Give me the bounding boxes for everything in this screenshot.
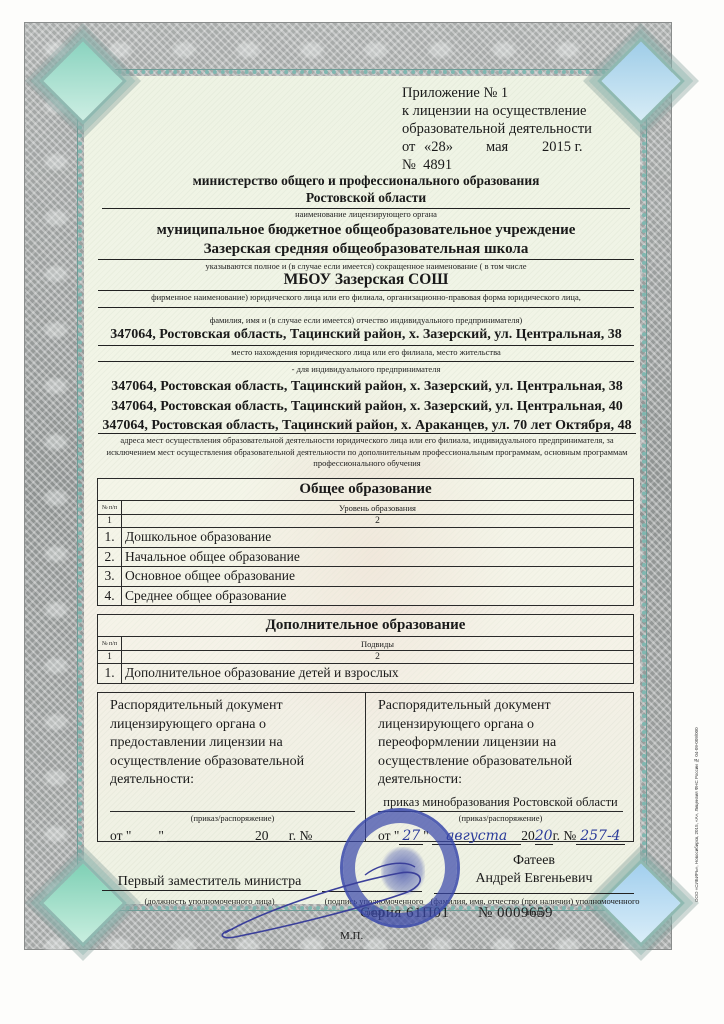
row-number: 3. — [98, 567, 122, 587]
education-level: Дошкольное образование — [122, 528, 634, 548]
row-number: 1. — [98, 664, 122, 684]
box-text: предоставлении лицензии на — [110, 734, 365, 753]
divider — [98, 433, 636, 434]
seal-place-label: М.П. — [340, 930, 363, 942]
column-index: 1 — [98, 651, 122, 664]
column-header: Подвиды — [122, 637, 634, 651]
appendix-date: от«28»мая2015 г. — [402, 138, 622, 156]
organization-full-name: муниципальное бюджетное общеобразователь… — [100, 222, 632, 239]
handwritten-order-number: 257-4 — [576, 828, 624, 845]
box-text: осуществление образовательной — [110, 753, 365, 772]
handwritten-day: 27 — [399, 828, 423, 845]
order-field — [110, 792, 355, 812]
education-level: Начальное общее образование — [122, 547, 634, 567]
box-text: деятельности: — [378, 771, 633, 790]
box-text: Распорядительный документ — [378, 697, 633, 716]
row-number: 2. — [98, 547, 122, 567]
divider — [98, 307, 634, 308]
box-text: переоформлении лицензии на — [378, 734, 633, 753]
education-subtype: Дополнительное образование детей и взрос… — [122, 664, 634, 684]
general-education-table: Общее образование № п/п Уровень образова… — [97, 478, 634, 606]
table-title: Дополнительное образование — [98, 615, 634, 637]
appendix-title: Приложение № 1 — [402, 84, 622, 102]
education-level: Основное общее образование — [122, 567, 634, 587]
printer-imprint: ООО «СИБИРЬ», Новосибирск, 2015, «А», Ли… — [694, 712, 706, 902]
table-row: 1. Дошкольное образование — [98, 528, 634, 548]
grant-document-box: Распорядительный документ лицензирующего… — [110, 697, 365, 845]
reissue-document-box: Распорядительный документ лицензирующего… — [378, 697, 633, 845]
signatory-surname: Фатеев — [434, 852, 634, 869]
order-field: приказ минобразования Ростовской области — [378, 792, 623, 812]
column-header: № п/п — [98, 501, 122, 515]
column-index: 1 — [98, 515, 122, 528]
signatory-given-names: Андрей Евгеньевич — [434, 870, 634, 887]
handwritten-year: 20 — [535, 828, 553, 845]
organization-short-name: МБОУ Зазерская СОШ — [98, 271, 634, 289]
table-row: 3. Основное общее образование — [98, 567, 634, 587]
field-caption: место нахождения юридического лица или е… — [98, 347, 634, 357]
additional-education-table: Дополнительное образование № п/п Подвиды… — [97, 614, 634, 684]
legal-address: 347064, Ростовская область, Тацинский ра… — [98, 327, 634, 343]
box-text: осуществление образовательной — [378, 753, 633, 772]
activity-address: 347064, Ростовская область, Тацинский ра… — [98, 397, 636, 417]
appendix-number: № 4891 — [402, 156, 622, 174]
order-date-field: от "____" _____________20___г. №_____ — [110, 827, 365, 846]
signatory-position: Первый заместитель министра — [102, 874, 317, 891]
row-number: 1. — [98, 528, 122, 548]
signature-line — [322, 874, 422, 892]
field-caption: адреса мест осуществления образовательно… — [98, 435, 636, 470]
appendix-line: образовательной деятельности — [402, 120, 622, 138]
divider — [98, 259, 634, 260]
appendix-line: к лицензии на осуществление — [402, 102, 622, 120]
field-caption: - для индивидуального предпринимателя — [98, 364, 634, 374]
table-row: 4. Среднее общее образование — [98, 586, 634, 606]
column-index: 2 — [122, 515, 634, 528]
field-caption: наименование лицензирующего органа — [102, 209, 630, 219]
licensing-body-region: Ростовской области — [102, 190, 630, 206]
administrative-documents: Распорядительный документ лицензирующего… — [97, 692, 634, 842]
divider — [365, 693, 366, 841]
divider — [98, 290, 634, 291]
row-number: 4. — [98, 586, 122, 606]
divider — [98, 345, 634, 346]
licensing-body-name: министерство общего и профессионального … — [102, 173, 630, 189]
table-title: Общее образование — [98, 479, 634, 501]
box-text: лицензирующего органа о — [110, 716, 365, 735]
appendix-header: Приложение № 1 к лицензии на осуществлен… — [402, 84, 622, 174]
box-text: Распорядительный документ — [110, 697, 365, 716]
field-caption: фамилия, имя и (в случае если имеется) о… — [98, 315, 634, 325]
organization-full-name: Зазерская средняя общеобразовательная шк… — [100, 241, 632, 258]
divider — [98, 361, 634, 362]
handwritten-month: августа — [432, 828, 521, 845]
table-row: 1. Дополнительное образование детей и вз… — [98, 664, 634, 684]
field-caption: (должность уполномоченного лица) — [102, 896, 317, 906]
form-series: Серия 61П01 — [360, 905, 449, 922]
activity-address: 347064, Ростовская область, Тацинский ра… — [98, 377, 636, 397]
field-caption: (приказ/распоряжение) — [110, 812, 355, 824]
column-header: Уровень образования — [122, 501, 634, 515]
form-number: № 0009659 — [478, 905, 553, 922]
activity-addresses: 347064, Ростовская область, Тацинский ра… — [98, 377, 636, 436]
column-index: 2 — [122, 651, 634, 664]
field-caption: указываются полное и (в случае если имее… — [98, 261, 634, 271]
box-text: деятельности: — [110, 771, 365, 790]
column-header: № п/п — [98, 637, 122, 651]
box-text: лицензирующего органа о — [378, 716, 633, 735]
order-date-field: от "27" августа2020г. №257-4 — [378, 827, 633, 846]
field-caption: фирменное наименование) юридического лиц… — [98, 292, 634, 302]
education-level: Среднее общее образование — [122, 586, 634, 606]
field-caption: (приказ/распоряжение) — [378, 812, 623, 824]
divider — [434, 893, 634, 894]
table-row: 2. Начальное общее образование — [98, 547, 634, 567]
